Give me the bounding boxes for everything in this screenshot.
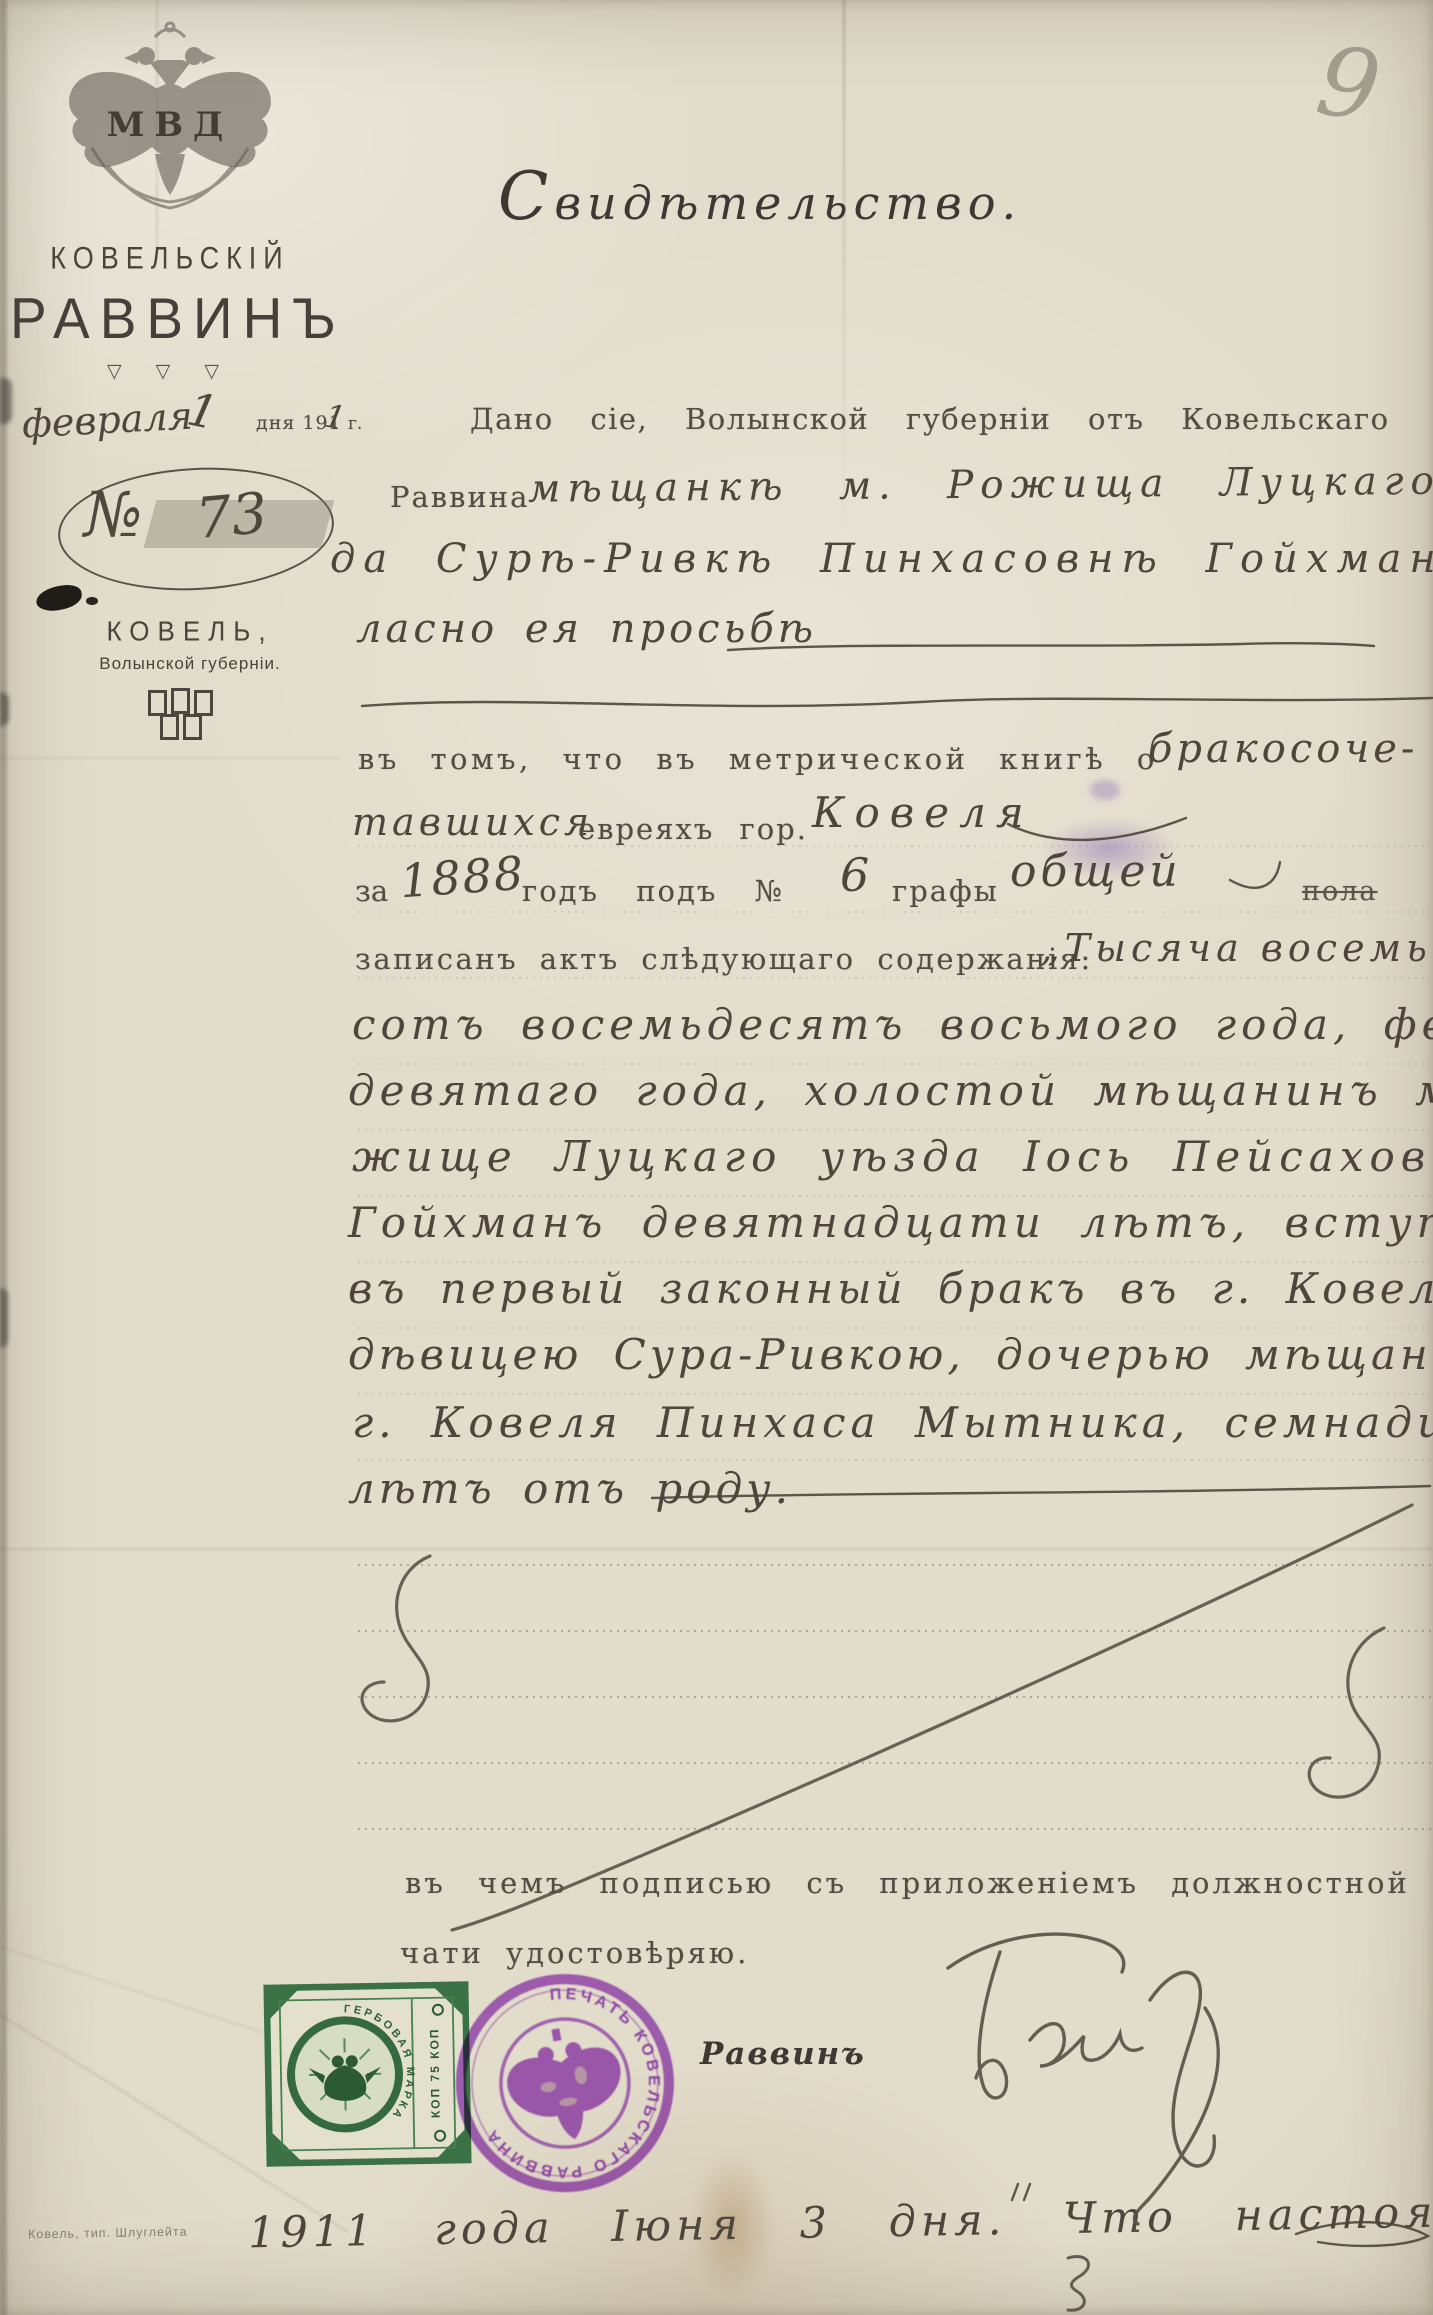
quote-ticks bbox=[1012, 2184, 1030, 2200]
rabbi-signature bbox=[948, 1934, 1218, 2224]
kovelya-swash bbox=[1008, 818, 1186, 840]
obshchey-swash bbox=[1230, 862, 1280, 888]
footer-swash bbox=[1296, 2222, 1428, 2246]
separator-wavy-line bbox=[362, 698, 1432, 706]
prosbe-trailing-line bbox=[728, 643, 1374, 650]
ink-flourishes bbox=[0, 0, 1433, 2315]
document-page: 9 МВД КОВЕЛЬСКІЙ РАВВИНЪ ▽ ▽ ▽ февраля 1… bbox=[0, 0, 1433, 2315]
rodu-trailing-line bbox=[652, 1486, 1430, 1498]
blank-diagonal-stroke bbox=[452, 1505, 1412, 1930]
footer-z-flourish bbox=[1068, 2257, 1089, 2311]
blank-zflourish-left bbox=[362, 1556, 430, 1721]
blank-zflourish-right bbox=[1309, 1628, 1384, 1797]
